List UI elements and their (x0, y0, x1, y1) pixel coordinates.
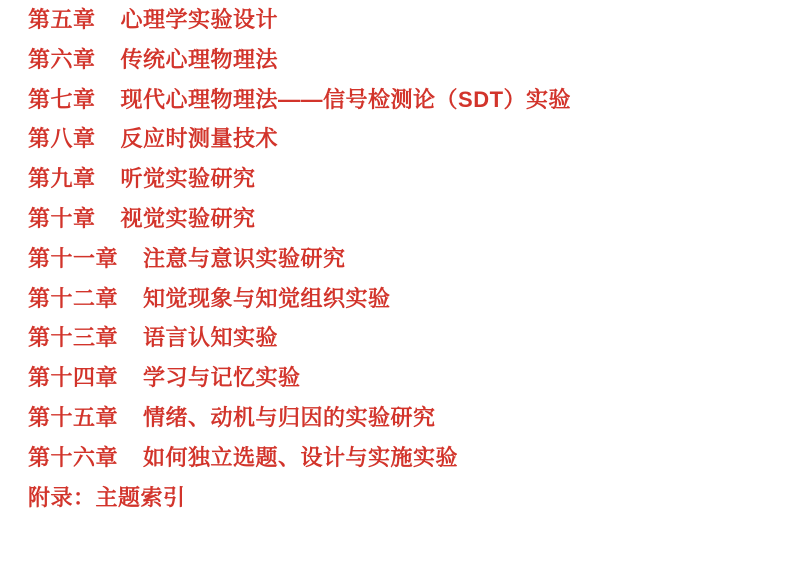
chapter-title: 如何独立选题、设计与实施实验 (143, 438, 458, 478)
toc-row: 第十一章 注意与意识实验研究 (28, 239, 785, 279)
chapter-title: 语言认知实验 (143, 318, 278, 358)
chapter-title: 听觉实验研究 (121, 159, 256, 199)
toc-row: 第十三章 语言认知实验 (28, 318, 785, 358)
chapter-title: 学习与记忆实验 (143, 358, 301, 398)
chapter-number: 第六章 (28, 40, 96, 80)
toc-row: 第八章 反应时测量技术 (28, 119, 785, 159)
chapter-number: 第五章 (28, 0, 96, 40)
chapter-number: 第七章 (28, 80, 96, 120)
chapter-number: 第九章 (28, 159, 96, 199)
chapter-title: 知觉现象与知觉组织实验 (143, 279, 391, 319)
chapter-number: 第十六章 (28, 438, 118, 478)
chapter-title: 心理学实验设计 (121, 0, 279, 40)
toc-row: 第七章 现代心理物理法——信号检测论（SDT）实验 (28, 80, 785, 120)
chapter-number: 第十章 (28, 199, 96, 239)
table-of-contents: 第五章 心理学实验设计 第六章 传统心理物理法 第七章 现代心理物理法——信号检… (0, 0, 785, 517)
chapter-number: 第八章 (28, 119, 96, 159)
toc-row: 第五章 心理学实验设计 (28, 0, 785, 40)
chapter-number: 第十三章 (28, 318, 118, 358)
toc-row: 第十四章 学习与记忆实验 (28, 358, 785, 398)
toc-row appendix-row: 附录：主题索引 (28, 478, 785, 518)
chapter-title: 视觉实验研究 (121, 199, 256, 239)
chapter-title: 注意与意识实验研究 (143, 239, 346, 279)
chapter-title: 情绪、动机与归因的实验研究 (143, 398, 436, 438)
chapter-number: 第十一章 (28, 239, 118, 279)
appendix-label: 附录：主题索引 (28, 478, 186, 518)
chapter-number: 第十二章 (28, 279, 118, 319)
toc-row: 第十五章 情绪、动机与归因的实验研究 (28, 398, 785, 438)
chapter-title: 反应时测量技术 (121, 119, 279, 159)
toc-row: 第十二章 知觉现象与知觉组织实验 (28, 279, 785, 319)
chapter-number: 第十五章 (28, 398, 118, 438)
toc-row: 第十六章 如何独立选题、设计与实施实验 (28, 438, 785, 478)
toc-row: 第十章 视觉实验研究 (28, 199, 785, 239)
chapter-title: 传统心理物理法 (121, 40, 279, 80)
chapter-title: 现代心理物理法——信号检测论（SDT）实验 (121, 80, 572, 120)
toc-row: 第九章 听觉实验研究 (28, 159, 785, 199)
toc-row: 第六章 传统心理物理法 (28, 40, 785, 80)
chapter-number: 第十四章 (28, 358, 118, 398)
